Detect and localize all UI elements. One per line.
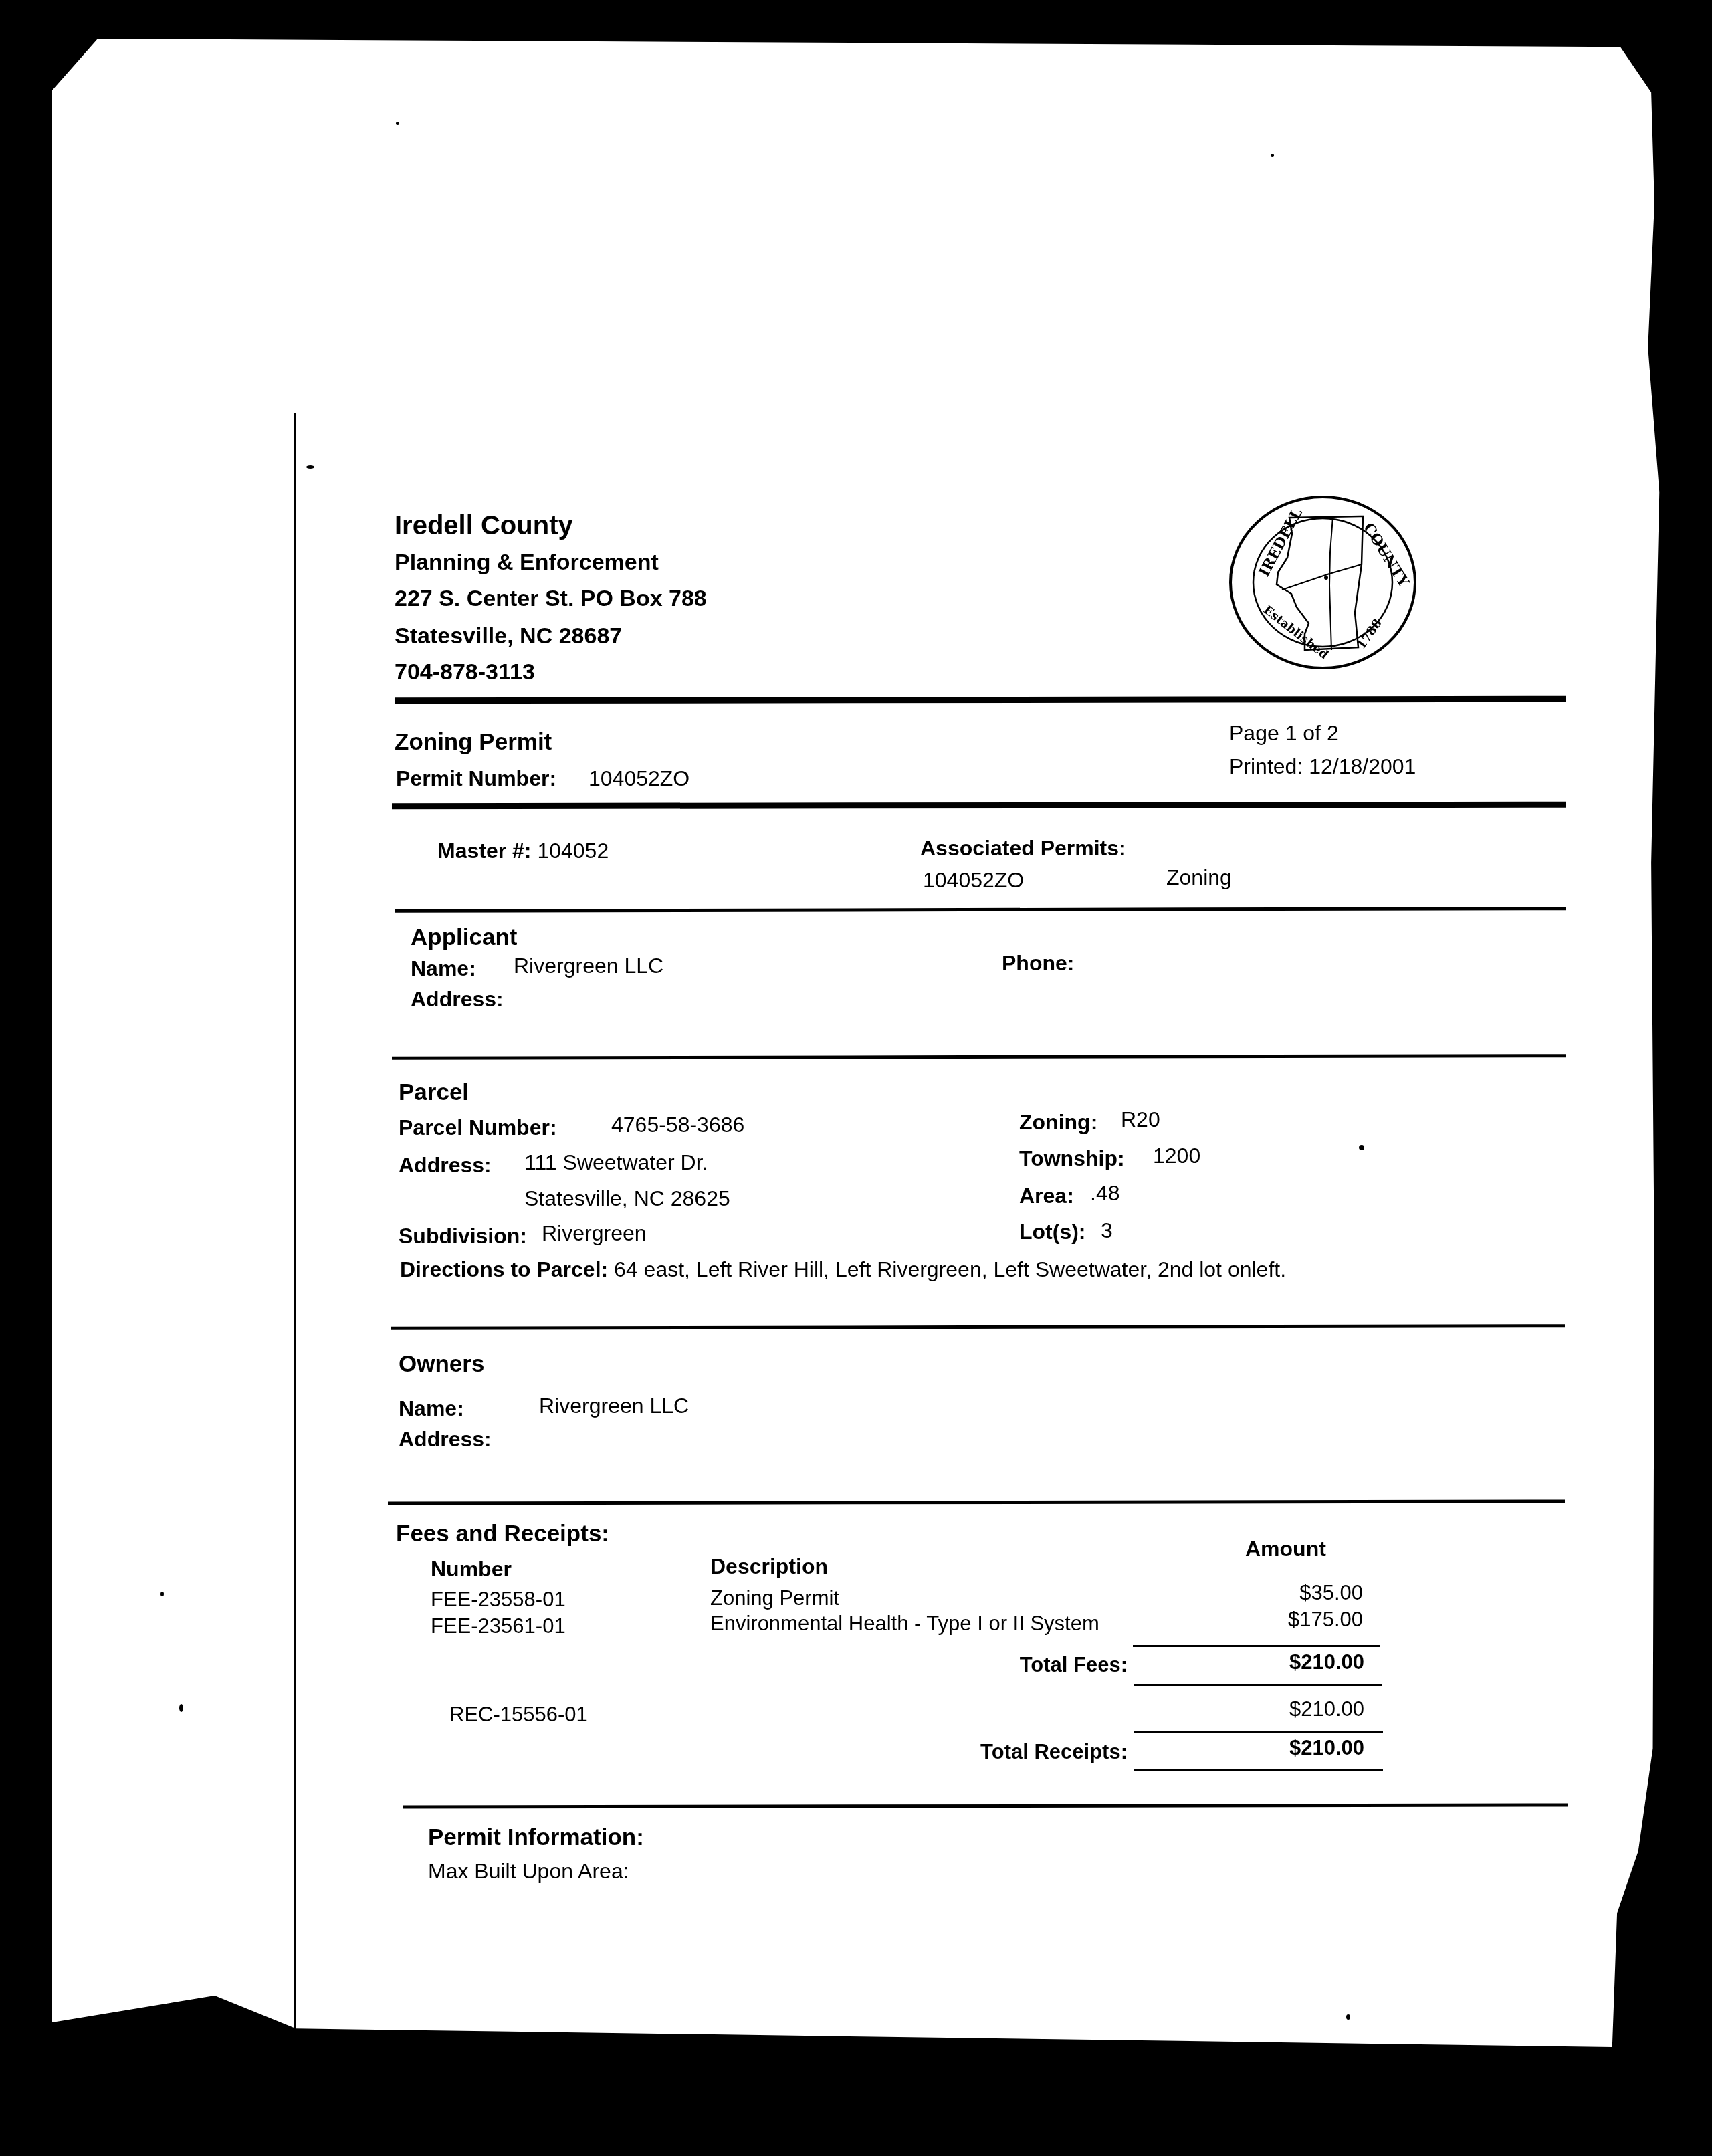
scan-speck xyxy=(396,122,399,125)
receipt-number: REC-15556-01 xyxy=(449,1703,588,1727)
total-fees-label: Total Fees: xyxy=(855,1653,1128,1677)
scanned-page: Iredell County Planning & Enforcement 22… xyxy=(52,39,1677,2098)
lots-label: Lot(s): xyxy=(1019,1220,1086,1245)
applicant-phone-label: Phone: xyxy=(1002,951,1074,976)
fees-heading: Fees and Receipts: xyxy=(396,1521,609,1547)
fee-number: FEE-23558-01 xyxy=(431,1588,566,1612)
parcel-heading: Parcel xyxy=(399,1079,469,1106)
associated-permit-type: Zoning xyxy=(1166,865,1232,890)
scan-speck xyxy=(1346,2014,1350,2020)
scan-speck xyxy=(1359,1145,1364,1150)
fee-description: Zoning Permit xyxy=(710,1586,839,1610)
township-label: Township: xyxy=(1019,1146,1125,1171)
owners-heading: Owners xyxy=(399,1351,484,1378)
directions-line: Directions to Parcel: 64 east, Left Rive… xyxy=(400,1257,1286,1282)
total-fees-value: $210.00 xyxy=(1189,1650,1364,1675)
area-value: .48 xyxy=(1090,1181,1119,1206)
svg-text:1788: 1788 xyxy=(1354,617,1385,652)
owners-rule xyxy=(388,1499,1565,1505)
parcel-number: 4765-58-3686 xyxy=(611,1113,744,1138)
zoning-value: R20 xyxy=(1121,1107,1160,1132)
owner-name-label: Name: xyxy=(399,1396,464,1421)
permit-info-heading: Permit Information: xyxy=(428,1824,644,1851)
scan-left-edge-line xyxy=(294,413,296,2058)
fees-col-number: Number xyxy=(431,1557,512,1582)
fee-description: Environmental Health - Type I or II Syst… xyxy=(710,1612,1099,1636)
scan-speck xyxy=(1271,154,1274,157)
lots-value: 3 xyxy=(1101,1218,1113,1243)
applicant-name: Rivergreen LLC xyxy=(514,954,663,978)
printed-date: 12/18/2001 xyxy=(1309,754,1416,778)
fees-rule xyxy=(403,1803,1568,1808)
receipts-subtotal-rule xyxy=(1134,1731,1383,1733)
master-line: Master #: 104052 xyxy=(437,839,609,863)
svg-text:COUNTY: COUNTY xyxy=(1360,520,1412,590)
permit-rule xyxy=(392,802,1566,809)
total-fees-rule xyxy=(1134,1684,1382,1686)
parcel-number-label: Parcel Number: xyxy=(399,1115,557,1140)
subdivision-value: Rivergreen xyxy=(542,1221,647,1246)
permit-number: 104052ZO xyxy=(588,766,689,791)
scan-speck xyxy=(179,1704,183,1712)
parcel-rule xyxy=(391,1324,1565,1330)
master-number: 104052 xyxy=(537,839,609,863)
applicant-name-label: Name: xyxy=(411,956,476,981)
township-value: 1200 xyxy=(1153,1144,1200,1168)
header-rule xyxy=(395,696,1566,704)
parcel-address-line1: 111 Sweetwater Dr. xyxy=(524,1150,708,1175)
directions-label: Directions to Parcel: xyxy=(400,1257,608,1281)
county-seal-icon: IREDELL COUNTY Established 1788 xyxy=(1226,492,1420,673)
max-built-label: Max Built Upon Area: xyxy=(428,1859,629,1884)
fee-number: FEE-23561-01 xyxy=(431,1614,566,1638)
directions-value: 64 east, Left River Hill, Left Rivergree… xyxy=(614,1257,1286,1281)
org-phone: 704-878-3113 xyxy=(395,659,535,685)
applicant-heading: Applicant xyxy=(411,924,517,951)
total-receipts-value: $210.00 xyxy=(1189,1736,1364,1760)
master-label: Master #: xyxy=(437,839,532,863)
fees-col-description: Description xyxy=(710,1554,828,1579)
scan-speck xyxy=(306,465,314,469)
department-name: Planning & Enforcement xyxy=(395,550,659,576)
associated-permits-label: Associated Permits: xyxy=(920,836,1126,861)
subdivision-label: Subdivision: xyxy=(399,1224,527,1249)
applicant-address-label: Address: xyxy=(411,987,504,1012)
total-receipts-label: Total Receipts: xyxy=(828,1740,1128,1764)
scan-speck xyxy=(160,1592,164,1596)
parcel-address-line2: Statesville, NC 28625 xyxy=(524,1186,730,1211)
page-info: Page 1 of 2 xyxy=(1229,721,1339,746)
fees-subtotal-rule xyxy=(1133,1645,1380,1647)
master-rule xyxy=(395,907,1566,913)
permit-title: Zoning Permit xyxy=(395,729,552,756)
printed-date-line: Printed: 12/18/2001 xyxy=(1229,754,1416,779)
owner-address-label: Address: xyxy=(399,1427,492,1452)
fee-amount: $35.00 xyxy=(1189,1581,1363,1605)
applicant-rule xyxy=(392,1054,1566,1060)
associated-permit-number: 104052ZO xyxy=(923,868,1024,893)
receipt-amount: $210.00 xyxy=(1189,1697,1364,1721)
zoning-label: Zoning: xyxy=(1019,1110,1097,1135)
owner-name: Rivergreen LLC xyxy=(539,1394,689,1418)
permit-number-label: Permit Number: xyxy=(396,766,556,791)
area-label: Area: xyxy=(1019,1184,1074,1208)
parcel-address-label: Address: xyxy=(399,1153,492,1178)
total-receipts-rule xyxy=(1134,1769,1383,1771)
printed-label: Printed: xyxy=(1229,754,1303,778)
fee-amount: $175.00 xyxy=(1189,1608,1363,1632)
org-city: Statesville, NC 28687 xyxy=(395,623,622,649)
fees-col-amount: Amount xyxy=(1245,1537,1326,1561)
org-name: Iredell County xyxy=(395,511,573,541)
org-address: 227 S. Center St. PO Box 788 xyxy=(395,586,707,612)
